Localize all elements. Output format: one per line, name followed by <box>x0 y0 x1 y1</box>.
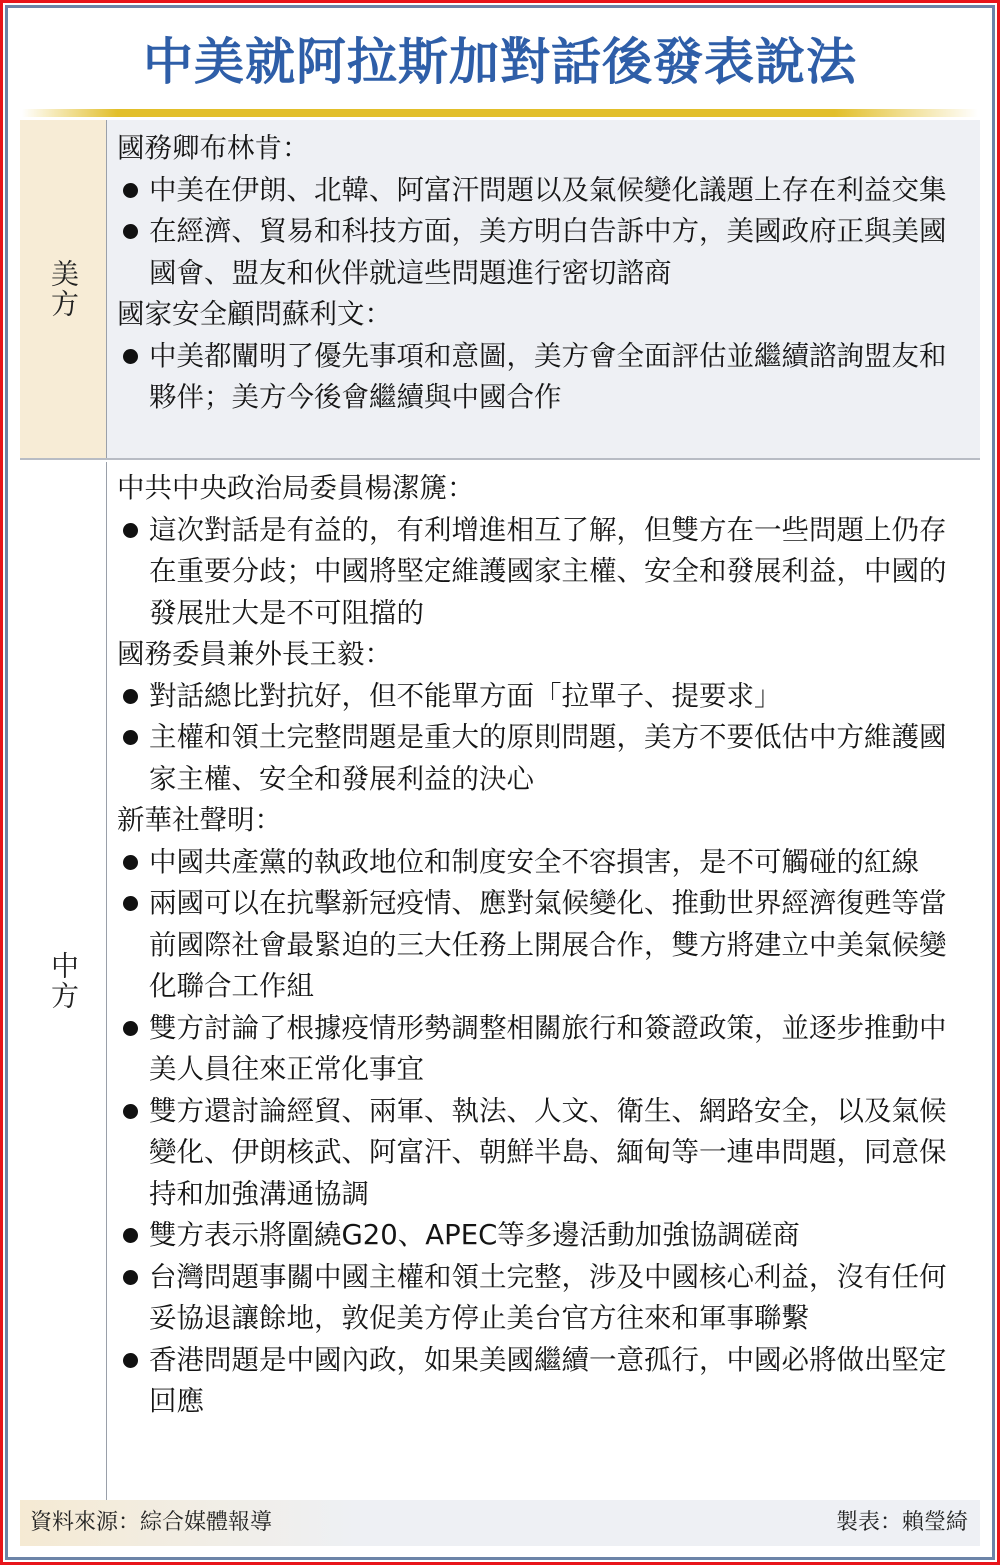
bullet-icon <box>123 689 138 704</box>
list-item: 中美在伊朗、北韓、阿富汗問題以及氣候變化議題上存在利益交集 <box>117 170 960 212</box>
list-item-text: 香港問題是中國內政，如果美國繼續一意孤行，中國必將做出堅定回應 <box>149 1344 947 1418</box>
footer: 資料來源：綜合媒體報導 製表：賴瑩綺 <box>20 1500 980 1546</box>
list-item: 中美都闡明了優先事項和意圖，美方會全面評估並繼續諮詢盟友和夥伴；美方今後會繼續與… <box>117 336 960 419</box>
list-item-text: 這次對話是有益的，有利增進相互了解，但雙方在一些問題上仍存在重要分歧；中國將堅定… <box>149 514 947 629</box>
us-section-content: 國務卿布林肯： 中美在伊朗、北韓、阿富汗問題以及氣候變化議題上存在利益交集 在經… <box>117 128 960 419</box>
list-item: 兩國可以在抗擊新冠疫情、應對氣候變化、推動世界經濟復甦等當前國際社會最緊迫的三大… <box>117 883 960 1008</box>
list-item-text: 雙方討論了根據疫情形勢調整相關旅行和簽證政策，並逐步推動中美人員往來正常化事宜 <box>149 1012 947 1086</box>
bullet-icon <box>123 1270 138 1285</box>
speaker-heading: 國務委員兼外長王毅： <box>117 634 960 676</box>
china-section-label: 中方 <box>20 462 107 1500</box>
list-item-text: 雙方還討論經貿、兩軍、執法、人文、衛生、網路安全，以及氣候變化、伊朗核武、阿富汗… <box>149 1095 947 1210</box>
list-item: 主權和領土完整問題是重大的原則問題，美方不要低估中方維護國家主權、安全和發展利益… <box>117 717 960 800</box>
bullet-icon <box>123 523 138 538</box>
speaker-heading: 國家安全顧問蘇利文： <box>117 294 960 336</box>
bullet-icon <box>123 349 138 364</box>
list-item-text: 中美都闡明了優先事項和意圖，美方會全面評估並繼續諮詢盟友和夥伴；美方今後會繼續與… <box>149 340 947 414</box>
bullet-icon <box>123 896 138 911</box>
credit-note: 製表：賴瑩綺 <box>836 1500 968 1546</box>
bullet-icon <box>123 1228 138 1243</box>
list-item: 雙方還討論經貿、兩軍、執法、人文、衛生、網路安全，以及氣候變化、伊朗核武、阿富汗… <box>117 1091 960 1216</box>
us-section: 美方 國務卿布林肯： 中美在伊朗、北韓、阿富汗問題以及氣候變化議題上存在利益交集… <box>20 120 980 460</box>
title-divider <box>22 109 978 117</box>
list-item: 在經濟、貿易和科技方面，美方明白告訴中方，美國政府正與美國國會、盟友和伙伴就這些… <box>117 211 960 294</box>
list-item: 對話總比對抗好，但不能單方面「拉單子、提要求」 <box>117 676 960 718</box>
list-item-text: 兩國可以在抗擊新冠疫情、應對氣候變化、推動世界經濟復甦等當前國際社會最緊迫的三大… <box>149 887 947 1002</box>
bullet-icon <box>123 1353 138 1368</box>
list-item: 香港問題是中國內政，如果美國繼續一意孤行，中國必將做出堅定回應 <box>117 1340 960 1423</box>
list-item-text: 中美在伊朗、北韓、阿富汗問題以及氣候變化議題上存在利益交集 <box>149 174 947 206</box>
china-section: 中方 中共中央政治局委員楊潔篪： 這次對話是有益的，有利增進相互了解，但雙方在一… <box>20 462 980 1500</box>
list-item-text: 在經濟、貿易和科技方面，美方明白告訴中方，美國政府正與美國國會、盟友和伙伴就這些… <box>149 215 947 289</box>
bullet-icon <box>123 1021 138 1036</box>
list-item: 中國共產黨的執政地位和制度安全不容損害，是不可觸碰的紅線 <box>117 842 960 884</box>
list-item: 台灣問題事關中國主權和領土完整，涉及中國核心利益，沒有任何妥協退讓餘地，敦促美方… <box>117 1257 960 1340</box>
list-item: 雙方討論了根據疫情形勢調整相關旅行和簽證政策，並逐步推動中美人員往來正常化事宜 <box>117 1008 960 1091</box>
list-item-text: 對話總比對抗好，但不能單方面「拉單子、提要求」 <box>149 680 782 712</box>
bullet-icon <box>123 1104 138 1119</box>
list-item: 這次對話是有益的，有利增進相互了解，但雙方在一些問題上仍存在重要分歧；中國將堅定… <box>117 510 960 635</box>
speaker-heading: 國務卿布林肯： <box>117 128 960 170</box>
bullet-icon <box>123 855 138 870</box>
us-section-label: 美方 <box>20 120 107 458</box>
bullet-icon <box>123 730 138 745</box>
bullet-icon <box>123 183 138 198</box>
list-item-text: 台灣問題事關中國主權和領土完整，涉及中國核心利益，沒有任何妥協退讓餘地，敦促美方… <box>149 1261 947 1335</box>
list-item: 雙方表示將圍繞G20、APEC等多邊活動加強協調磋商 <box>117 1215 960 1257</box>
speaker-heading: 中共中央政治局委員楊潔篪： <box>117 468 960 510</box>
bullet-icon <box>123 224 138 239</box>
list-item-text: 主權和領土完整問題是重大的原則問題，美方不要低估中方維護國家主權、安全和發展利益… <box>149 721 947 795</box>
page-title: 中美就阿拉斯加對話後發表說法 <box>0 30 1000 94</box>
list-item-text: 中國共產黨的執政地位和制度安全不容損害，是不可觸碰的紅線 <box>149 846 919 878</box>
list-item-text: 雙方表示將圍繞G20、APEC等多邊活動加強協調磋商 <box>149 1219 800 1251</box>
speaker-heading: 新華社聲明： <box>117 800 960 842</box>
source-note: 資料來源：綜合媒體報導 <box>30 1500 272 1546</box>
china-section-content: 中共中央政治局委員楊潔篪： 這次對話是有益的，有利增進相互了解，但雙方在一些問題… <box>117 468 960 1423</box>
